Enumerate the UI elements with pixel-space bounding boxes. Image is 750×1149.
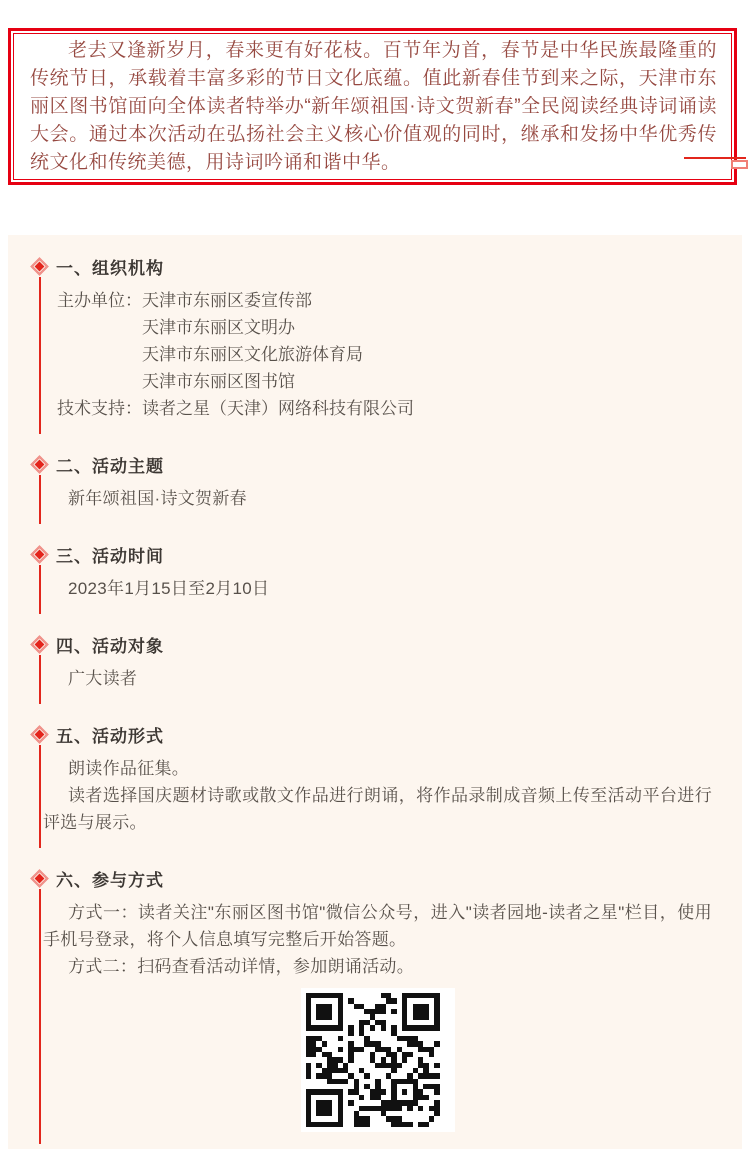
diamond-bullet-icon [30, 257, 48, 275]
section-body: 新年颂祖国·诗文贺新春 [39, 475, 742, 524]
section-body: 主办单位：天津市东丽区委宣传部天津市东丽区文明办天津市东丽区文化旅游体育局天津市… [39, 277, 742, 434]
organization-label [57, 368, 142, 395]
section-body: 2023年1月15日至2月10日 [39, 565, 742, 614]
section-header: 六、参与方式 [8, 867, 742, 889]
section-body: 广大读者 [39, 655, 742, 704]
section: 六、参与方式 方式一：读者关注"东丽区图书馆"微信公众号，进入"读者园地-读者之… [8, 867, 742, 1144]
organization-label [57, 314, 142, 341]
announcement-page: 老去又逢新岁月，春来更有好花枝。百节年为首，春节是中华民族最隆重的传统节日，承载… [0, 0, 750, 1149]
section-paragraph: 2023年1月15日至2月10日 [43, 575, 712, 602]
section-title: 一、组织机构 [56, 254, 164, 279]
organization-name: 天津市东丽区图书馆 [142, 368, 712, 395]
organization-label: 技术支持： [57, 395, 142, 422]
section-header: 四、活动对象 [8, 633, 742, 655]
organization-row: 天津市东丽区图书馆 [43, 368, 712, 395]
section-paragraph: 广大读者 [43, 665, 712, 692]
organization-name: 天津市东丽区委宣传部 [142, 287, 712, 314]
diamond-bullet-icon [30, 725, 48, 743]
section-title: 二、活动主题 [56, 452, 164, 477]
organization-row: 天津市东丽区文化旅游体育局 [43, 341, 712, 368]
section-title: 五、活动形式 [56, 722, 164, 747]
organization-label [57, 341, 142, 368]
intro-box: 老去又逢新岁月，春来更有好花枝。百节年为首，春节是中华民族最隆重的传统节日，承载… [8, 28, 737, 185]
organization-row: 技术支持：读者之星（天津）网络科技有限公司 [43, 395, 712, 422]
organization-name: 天津市东丽区文化旅游体育局 [142, 341, 712, 368]
section: 一、组织机构 主办单位：天津市东丽区委宣传部天津市东丽区文明办天津市东丽区文化旅… [8, 255, 742, 434]
border-tab-rect-decoration [731, 160, 748, 169]
section: 四、活动对象 广大读者 [8, 633, 742, 704]
organization-row: 天津市东丽区文明办 [43, 314, 712, 341]
diamond-bullet-icon [30, 635, 48, 653]
qr-code-matrix [306, 993, 440, 1127]
section-title: 四、活动对象 [56, 632, 164, 657]
qr-code-icon [301, 988, 455, 1132]
intro-box-inner-border: 老去又逢新岁月，春来更有好花枝。百节年为首，春节是中华民族最隆重的传统节日，承载… [13, 33, 732, 180]
diamond-bullet-icon [30, 545, 48, 563]
diamond-bullet-icon [30, 455, 48, 473]
sections-panel: 一、组织机构 主办单位：天津市东丽区委宣传部天津市东丽区文明办天津市东丽区文化旅… [8, 235, 742, 1149]
organization-name: 天津市东丽区文明办 [142, 314, 712, 341]
organization-row: 主办单位：天津市东丽区委宣传部 [43, 287, 712, 314]
diamond-bullet-icon [30, 869, 48, 887]
section: 三、活动时间 2023年1月15日至2月10日 [8, 543, 742, 614]
section-paragraph: 方式二：扫码查看活动详情，参加朗诵活动。 [43, 953, 712, 980]
section-body: 方式一：读者关注"东丽区图书馆"微信公众号，进入"读者园地-读者之星"栏目，使用… [39, 889, 742, 1144]
section-paragraph: 新年颂祖国·诗文贺新春 [43, 485, 712, 512]
section-title: 三、活动时间 [56, 542, 164, 567]
section-paragraph: 朗读作品征集。 [43, 755, 712, 782]
section-header: 三、活动时间 [8, 543, 742, 565]
section: 二、活动主题 新年颂祖国·诗文贺新春 [8, 453, 742, 524]
intro-paragraph: 老去又逢新岁月，春来更有好花枝。百节年为首，春节是中华民族最隆重的传统节日，承载… [30, 37, 717, 177]
border-tab-line-decoration [684, 157, 746, 159]
section: 五、活动形式 朗读作品征集。读者选择国庆题材诗歌或散文作品进行朗诵，将作品录制成… [8, 723, 742, 848]
section-body: 朗读作品征集。读者选择国庆题材诗歌或散文作品进行朗诵，将作品录制成音频上传至活动… [39, 745, 742, 848]
section-paragraph: 方式一：读者关注"东丽区图书馆"微信公众号，进入"读者园地-读者之星"栏目，使用… [43, 899, 712, 953]
section-header: 一、组织机构 [8, 255, 742, 277]
section-title: 六、参与方式 [56, 866, 164, 891]
section-paragraph: 读者选择国庆题材诗歌或散文作品进行朗诵，将作品录制成音频上传至活动平台进行评选与… [43, 782, 712, 836]
section-header: 五、活动形式 [8, 723, 742, 745]
organization-name: 读者之星（天津）网络科技有限公司 [142, 395, 712, 422]
section-header: 二、活动主题 [8, 453, 742, 475]
organization-label: 主办单位： [57, 287, 142, 314]
